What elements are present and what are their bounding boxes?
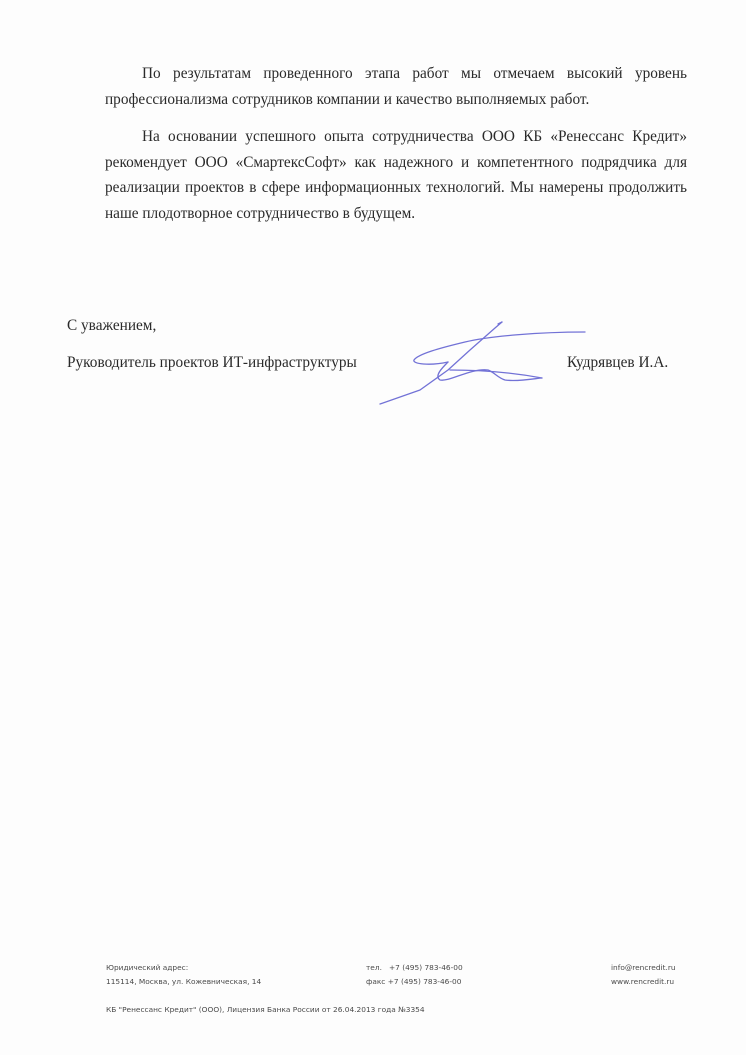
email-link[interactable]: info@rencredit.ru xyxy=(611,961,676,975)
paragraph-text: По результатам проведенного этапа работ … xyxy=(105,61,687,112)
signer-position: Руководитель проектов ИТ-инфраструктуры xyxy=(67,354,357,372)
signature-icon xyxy=(370,310,600,410)
footer-contacts: info@rencredit.ru www.rencredit.ru xyxy=(611,961,676,989)
footer-license: КБ "Ренессанс Кредит" (ООО), Лицензия Ба… xyxy=(106,1003,425,1017)
fax-number: факс +7 (495) 783-46-00 xyxy=(366,975,463,989)
license-text: КБ "Ренессанс Кредит" (ООО), Лицензия Ба… xyxy=(106,1003,425,1017)
phone-number: тел. +7 (495) 783-46-00 xyxy=(366,961,463,975)
footer-phones: тел. +7 (495) 783-46-00 факс +7 (495) 78… xyxy=(366,961,463,989)
website-link[interactable]: www.rencredit.ru xyxy=(611,975,676,989)
footer-address: Юридический адрес: 115114, Москва, ул. К… xyxy=(106,961,261,989)
letter-page: По результатам проведенного этапа работ … xyxy=(0,0,746,1055)
address-label: Юридический адрес: xyxy=(106,961,261,975)
paragraph-1: По результатам проведенного этапа работ … xyxy=(105,61,687,112)
paragraph-text: На основании успешного опыта сотрудничес… xyxy=(105,124,687,226)
paragraph-2: На основании успешного опыта сотрудничес… xyxy=(105,124,687,226)
address-value: 115114, Москва, ул. Кожевническая, 14 xyxy=(106,975,261,989)
signer-name: Кудрявцев И.А. xyxy=(567,354,668,372)
closing-salutation: С уважением, xyxy=(67,317,156,335)
